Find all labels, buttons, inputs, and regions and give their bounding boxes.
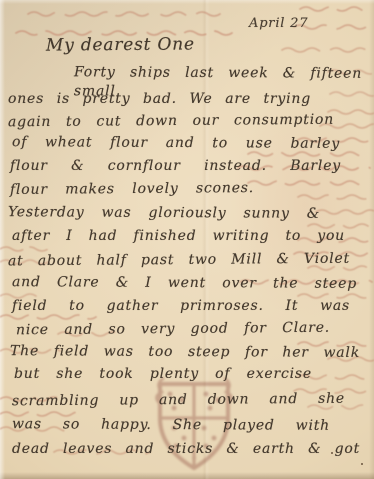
letter-paper: April 27 My dearest One Forty ships last… (0, 0, 374, 479)
letter-line: flour makes lovely scones. (10, 179, 254, 200)
letter-line: after I had finished writing to you (12, 227, 345, 246)
letter-line: of wheat flour and to use barley (12, 133, 340, 154)
letter-date: April 27 (249, 14, 308, 33)
paper-speck (361, 463, 363, 465)
letter-line: was so happy. She played with (12, 415, 330, 436)
letter-line: dead leaves and sticks & earth & got (12, 440, 360, 459)
letter-line: Yesterday was gloriously sunny & (8, 203, 320, 224)
letter-line: nice and so very good for Clare. (16, 319, 330, 340)
letter-line: field to gather primroses. It was (12, 297, 350, 316)
letter-line: The field was too steep for her walk (10, 342, 360, 363)
paper-speck (331, 452, 333, 454)
letter-line: scrambling up and down and she (12, 390, 345, 412)
letter-line: and Clare & I went over the steep (12, 273, 357, 294)
letter-line: at about half past two Mill & Violet (8, 250, 350, 272)
letter-line: but she took plenty of exercise (14, 365, 312, 384)
letter-line: ones is pretty bad. We are trying (8, 90, 311, 109)
letter-salutation: My dearest One (46, 35, 195, 55)
letter-line: again to cut down our consumption (8, 111, 334, 133)
letter-line: flour & cornflour instead. Barley (10, 157, 341, 176)
